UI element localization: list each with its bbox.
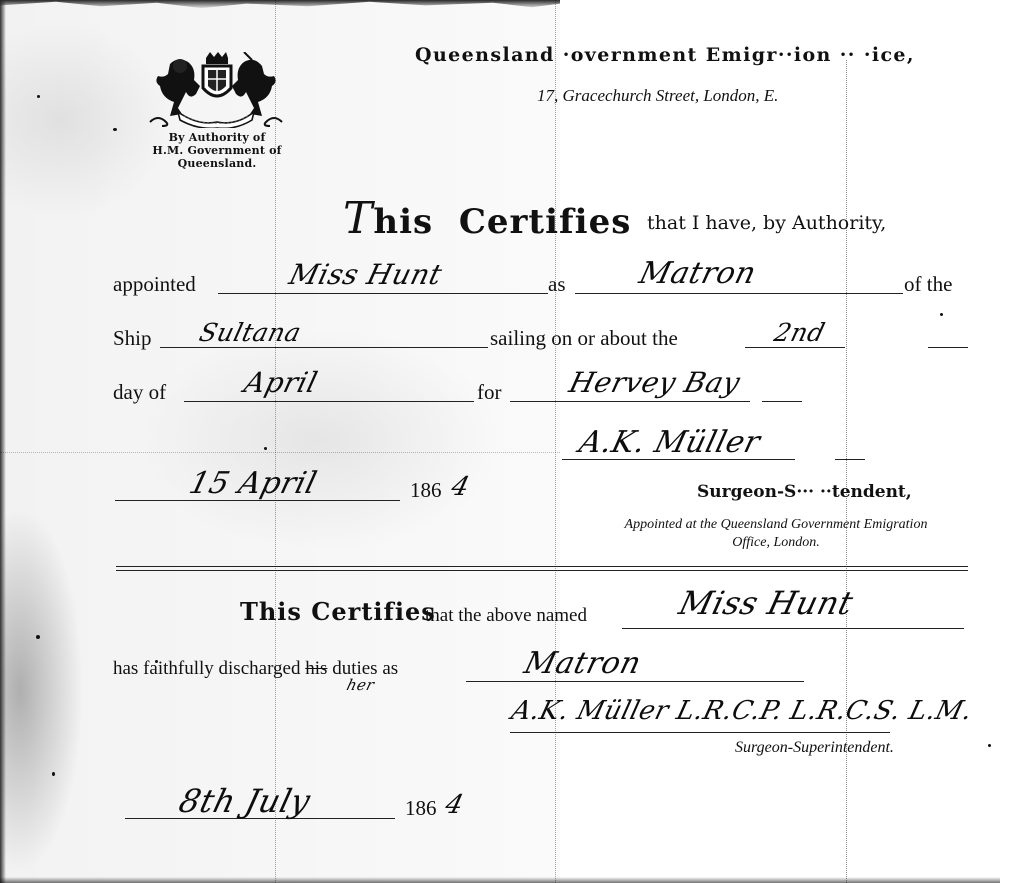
speck <box>36 635 40 639</box>
fill-line <box>466 681 804 682</box>
date-year-handwritten: 4 <box>448 472 473 502</box>
label-of-the: of the <box>904 272 952 297</box>
handwritten-destination: Hervey Bay <box>566 366 744 399</box>
struck-pronoun: his <box>305 658 327 679</box>
fill-line <box>184 401 474 402</box>
royal-coat-of-arms-icon <box>148 52 284 128</box>
office-address: 17, Gracechurch Street, London, E. <box>537 86 778 106</box>
paper-edge-left <box>0 0 6 883</box>
signature-line <box>835 459 865 460</box>
date-year-handwritten-2: 4 <box>442 790 467 820</box>
surgeon-signature-credentials: A.K. Müller L.R.C.P. L.R.C.S. L.M. <box>508 696 975 726</box>
speck <box>988 744 991 747</box>
fill-line <box>218 293 548 294</box>
signer-title: Surgeon-S··· ··tendent, <box>697 482 912 502</box>
discharge-heading: This Certifies <box>240 597 436 626</box>
crest-caption: By Authority of H.M. Government of Queen… <box>112 131 322 170</box>
fold-line <box>555 0 557 883</box>
crest-caption-line2: H.M. Government of Queensland. <box>112 144 322 170</box>
handwritten-date: 15 April <box>186 466 321 501</box>
handwritten-discharged-name: Miss Hunt <box>675 584 857 622</box>
label-day-of: day of <box>113 380 166 405</box>
crest-caption-line1: By Authority of <box>112 131 322 144</box>
handwritten-role: Matron <box>636 256 760 291</box>
speck <box>37 95 40 98</box>
handwritten-sailing-day: 2nd <box>771 318 828 347</box>
speck <box>940 313 943 316</box>
handwritten-month: April <box>241 366 321 399</box>
certificate-heading: This Certifies <box>343 193 631 244</box>
speck <box>264 447 267 450</box>
speck <box>52 772 55 776</box>
ornamental-initial: T <box>343 193 373 244</box>
paper-edge-bottom <box>0 877 1000 883</box>
fill-line <box>928 347 968 348</box>
fill-line <box>622 628 964 629</box>
handwritten-discharge-role: Matron <box>521 646 645 681</box>
fill-line <box>575 293 903 294</box>
surgeon-signature: A.K. Müller <box>576 425 764 460</box>
label-as: as <box>548 272 566 297</box>
label-for: for <box>477 380 502 405</box>
discharge-text: that the above named <box>425 605 587 627</box>
authority-text: that I have, by Authority, <box>647 212 886 234</box>
fill-line <box>510 401 750 402</box>
label-ship: Ship <box>113 326 152 351</box>
fill-line <box>762 401 802 402</box>
handwritten-correction: her <box>345 676 377 694</box>
fold-line <box>0 452 560 454</box>
signer-title-2: Surgeon-Superintendent. <box>735 739 894 757</box>
date-year-printed-2: 186 <box>405 796 437 821</box>
signature-line <box>510 732 890 733</box>
appointed-note: Appointed at the Queensland Government E… <box>578 516 974 552</box>
section-divider <box>116 566 968 571</box>
fill-line <box>160 347 488 348</box>
office-title: Queensland ·overnment Emigr··ion ·· ·ice… <box>415 44 915 66</box>
paper-edge-top <box>0 0 560 9</box>
label-sailing: sailing on or about the <box>490 326 678 351</box>
fill-line <box>745 347 845 348</box>
handwritten-appointee-name: Miss Hunt <box>286 258 446 291</box>
label-appointed: appointed <box>113 272 196 297</box>
handwritten-discharge-date: 8th July <box>175 782 314 820</box>
date-year-printed: 186 <box>410 478 442 503</box>
handwritten-ship-name: Sultana <box>196 318 304 347</box>
fold-line <box>846 60 848 883</box>
certificate-document: By Authority of H.M. Government of Queen… <box>0 0 1023 883</box>
